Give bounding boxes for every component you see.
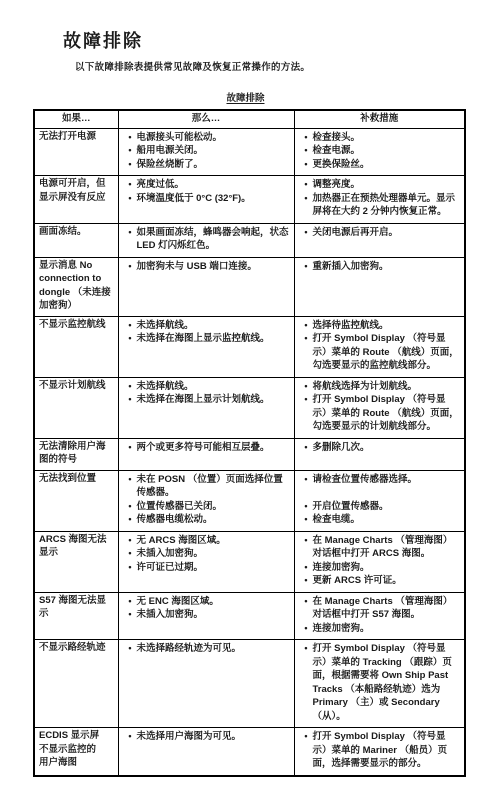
bullet-text: 未选择用户海图为可见。 (137, 730, 291, 744)
bullet-item: •保险丝烧断了。 (120, 158, 291, 172)
bullet-icon: • (300, 513, 313, 527)
bullet-text: 未选择在海图上显示计划航线。 (137, 393, 291, 407)
bullet-item: •未插入加密狗。 (120, 608, 291, 622)
bullet-item: •多删除几次。 (296, 441, 462, 455)
bullet-text: 电源接头可能松动。 (137, 131, 291, 145)
bullet-icon: • (124, 730, 137, 744)
troubleshooting-table: 如果… 那么… 补救措施 无法打开电源•电源接头可能松动。•船用电源关闭。•保险… (33, 109, 466, 777)
bullet-item: •船用电源关闭。 (120, 144, 291, 158)
remedy-cell: •调整亮度。•加热器正在预热处理器单元。显示屏将在大约 2 分钟内恢复正常。 (294, 176, 465, 224)
then-cell: •无 ENC 海图区域。•未插入加密狗。 (118, 592, 294, 640)
bullet-text: 开启位置传感器。 (313, 500, 462, 514)
table-row: 不显示监控航线•未选择航线。•未选择在海图上显示监控航线。•选择待监控航线。•打… (34, 316, 465, 377)
table-body: 无法打开电源•电源接头可能松动。•船用电源关闭。•保险丝烧断了。•检查接头。•检… (34, 128, 465, 776)
bullet-text: 检查接头。 (313, 131, 462, 145)
bullet-text: 连接加密狗。 (313, 622, 462, 636)
remedy-cell: •在 Manage Charts （管理海图）对话框中打开 S57 海图。•连接… (294, 592, 465, 640)
if-cell: 不显示路经轨迹 (34, 640, 118, 728)
table-caption: 故障排除 (0, 90, 491, 104)
remedy-cell: •将航线选择为计划航线。•打开 Symbol Display （符号显示）菜单的… (294, 377, 465, 438)
bullet-icon: • (300, 441, 313, 455)
table-row: 显示消息 No connection to dongle （未连接加密狗）•加密… (34, 257, 465, 316)
bullet-item: •连接加密狗。 (296, 622, 462, 636)
bullet-icon: • (124, 473, 137, 500)
bullet-text: 更换保险丝。 (313, 158, 462, 172)
bullet-item: •将航线选择为计划航线。 (296, 380, 462, 394)
page-title: 故障排除 (63, 27, 143, 53)
bullet-list: •如果画面冻结，蜂鸣器会响起，状态 LED 灯闪烁红色。 (120, 225, 293, 256)
bullet-icon: • (124, 513, 137, 527)
bullet-item: •亮度过低。 (120, 178, 291, 192)
bullet-icon: • (124, 158, 137, 172)
bullet-text: 关闭电源后再开启。 (313, 226, 462, 240)
bullet-text: 船用电源关闭。 (137, 144, 291, 158)
remedy-cell: •请检查位置传感器选择。•开启位置传感器。•检查电缆。 (294, 470, 465, 531)
remedy-cell: •选择待监控航线。•打开 Symbol Display （符号显示）菜单的 Ro… (294, 316, 465, 377)
then-cell: •如果画面冻结，蜂鸣器会响起，状态 LED 灯闪烁红色。 (118, 223, 294, 257)
bullet-icon: • (300, 574, 313, 588)
if-cell: 不显示监控航线 (34, 316, 118, 377)
bullet-item: •电源接头可能松动。 (120, 131, 291, 145)
bullet-list: •未选择路经轨迹为可见。 (120, 641, 293, 659)
bullet-text: 选择待监控航线。 (313, 319, 462, 333)
then-cell: •电源接头可能松动。•船用电源关闭。•保险丝烧断了。 (118, 128, 294, 176)
then-cell: •未选择用户海图为可见。 (118, 728, 294, 776)
bullet-text: 连接加密狗。 (313, 561, 462, 575)
bullet-text: 检查电缆。 (313, 513, 462, 527)
then-cell: •未选择航线。•未选择在海图上显示监控航线。 (118, 316, 294, 377)
bullet-item: •无 ENC 海图区域。 (120, 595, 291, 609)
bullet-icon: • (124, 441, 137, 455)
bullet-text: 加热器正在预热处理器单元。显示屏将在大约 2 分钟内恢复正常。 (313, 192, 462, 219)
col-header-if: 如果… (34, 110, 118, 128)
bullet-icon: • (124, 547, 137, 561)
bullet-list: •未选择航线。•未选择在海图上显示监控航线。 (120, 318, 293, 349)
bullet-icon: • (124, 393, 137, 407)
bullet-icon: • (124, 534, 137, 548)
bullet-item: •选择待监控航线。 (296, 319, 462, 333)
bullet-list: •请检查位置传感器选择。•开启位置传感器。•检查电缆。 (296, 472, 464, 530)
bullet-list: •将航线选择为计划航线。•打开 Symbol Display （符号显示）菜单的… (296, 379, 464, 437)
bullet-icon: • (124, 561, 137, 575)
bullet-item: •加密狗未与 USB 端口连接。 (120, 260, 291, 274)
bullet-icon: • (300, 260, 313, 274)
bullet-text: 打开 Symbol Display （符号显示）菜单的 Mariner （船员）… (313, 730, 462, 771)
if-cell: 电源可开启，但显示屏没有反应 (34, 176, 118, 224)
then-cell: •未选择航线。•未选择在海图上显示计划航线。 (118, 377, 294, 438)
bullet-item: •打开 Symbol Display （符号显示）菜单的 Route （航线）页… (296, 393, 462, 434)
remedy-cell: •打开 Symbol Display （符号显示）菜单的 Tracking （跟… (294, 640, 465, 728)
bullet-icon: • (300, 642, 313, 723)
bullet-icon: • (300, 158, 313, 172)
bullet-list: •检查接头。•检查电源。•更换保险丝。 (296, 130, 464, 175)
bullet-icon: • (124, 642, 137, 656)
bullet-text: 请检查位置传感器选择。 (313, 473, 462, 487)
bullet-text: 保险丝烧断了。 (137, 158, 291, 172)
bullet-list: •未选择用户海图为可见。 (120, 729, 293, 747)
bullet-text: 未选择路经轨迹为可见。 (137, 642, 291, 656)
if-cell: S57 海图无法显示 (34, 592, 118, 640)
table-row: 不显示计划航线•未选择航线。•未选择在海图上显示计划航线。•将航线选择为计划航线… (34, 377, 465, 438)
bullet-item: •请检查位置传感器选择。 (296, 473, 462, 487)
bullet-list: •在 Manage Charts （管理海图）对话框中打开 ARCS 海图。•连… (296, 533, 464, 591)
bullet-item: •检查电源。 (296, 144, 462, 158)
bullet-icon: • (124, 144, 137, 158)
bullet-item: •许可证已过期。 (120, 561, 291, 575)
then-cell: •加密狗未与 USB 端口连接。 (118, 257, 294, 316)
bullet-text: 位置传感器已关闭。 (137, 500, 291, 514)
document-page: 故障排除 以下故障排除表提供常见故障及恢复正常操作的方法。 故障排除 如果… 那… (0, 0, 491, 799)
bullet-icon: • (300, 595, 313, 622)
col-header-remedy: 补救措施 (294, 110, 465, 128)
bullet-item: •未插入加密狗。 (120, 547, 291, 561)
bullet-icon: • (300, 332, 313, 373)
bullet-text: 亮度过低。 (137, 178, 291, 192)
table-row: ARCS 海图无法显示•无 ARCS 海图区域。•未插入加密狗。•许可证已过期。… (34, 531, 465, 592)
if-cell: 不显示计划航线 (34, 377, 118, 438)
bullet-item: •调整亮度。 (296, 178, 462, 192)
bullet-list: •关闭电源后再开启。 (296, 225, 464, 243)
bullet-text: 环境温度低于 0°C (32°F)。 (137, 192, 291, 206)
bullet-list: •电源接头可能松动。•船用电源关闭。•保险丝烧断了。 (120, 130, 293, 175)
if-cell: 无法找到位置 (34, 470, 118, 531)
bullet-list: •打开 Symbol Display （符号显示）菜单的 Tracking （跟… (296, 641, 464, 726)
bullet-text: 检查电源。 (313, 144, 462, 158)
bullet-text: 多删除几次。 (313, 441, 462, 455)
bullet-spacer (296, 486, 462, 500)
bullet-item: •更新 ARCS 许可证。 (296, 574, 462, 588)
bullet-list: •加密狗未与 USB 端口连接。 (120, 259, 293, 277)
table-row: 无法清除用户海图的符号•两个或更多符号可能相互层叠。•多删除几次。 (34, 438, 465, 470)
bullet-text: 打开 Symbol Display （符号显示）菜单的 Route （航线）页面… (313, 332, 462, 373)
bullet-icon: • (300, 473, 313, 487)
bullet-list: •调整亮度。•加热器正在预热处理器单元。显示屏将在大约 2 分钟内恢复正常。 (296, 177, 464, 222)
then-cell: •未在 POSN （位置）页面选择位置传感器。•位置传感器已关闭。•传感器电缆松… (118, 470, 294, 531)
bullet-text: 无 ARCS 海图区域。 (137, 534, 291, 548)
bullet-item: •更换保险丝。 (296, 158, 462, 172)
bullet-item: •加热器正在预热处理器单元。显示屏将在大约 2 分钟内恢复正常。 (296, 192, 462, 219)
bullet-icon: • (124, 178, 137, 192)
bullet-text: 打开 Symbol Display （符号显示）菜单的 Tracking （跟踪… (313, 642, 462, 723)
if-cell: ARCS 海图无法显示 (34, 531, 118, 592)
remedy-cell: •打开 Symbol Display （符号显示）菜单的 Mariner （船员… (294, 728, 465, 776)
bullet-item: •未选择在海图上显示计划航线。 (120, 393, 291, 407)
bullet-item: •在 Manage Charts （管理海图）对话框中打开 ARCS 海图。 (296, 534, 462, 561)
page-subtitle: 以下故障排除表提供常见故障及恢复正常操作的方法。 (75, 59, 310, 73)
bullet-list: •重新插入加密狗。 (296, 259, 464, 277)
bullet-icon: • (300, 534, 313, 561)
bullet-list: •两个或更多符号可能相互层叠。 (120, 440, 293, 458)
bullet-text: 加密狗未与 USB 端口连接。 (137, 260, 291, 274)
bullet-list: •无 ARCS 海图区域。•未插入加密狗。•许可证已过期。 (120, 533, 293, 578)
bullet-list: •无 ENC 海图区域。•未插入加密狗。 (120, 594, 293, 625)
if-cell: 无法打开电源 (34, 128, 118, 176)
bullet-icon: • (300, 178, 313, 192)
bullet-icon: • (300, 131, 313, 145)
bullet-item: •关闭电源后再开启。 (296, 226, 462, 240)
bullet-item: •打开 Symbol Display （符号显示）菜单的 Tracking （跟… (296, 642, 462, 723)
bullet-item: •无 ARCS 海图区域。 (120, 534, 291, 548)
then-cell: •未选择路经轨迹为可见。 (118, 640, 294, 728)
remedy-cell: •重新插入加密狗。 (294, 257, 465, 316)
bullet-text: 未在 POSN （位置）页面选择位置传感器。 (137, 473, 291, 500)
bullet-text: 重新插入加密狗。 (313, 260, 462, 274)
remedy-cell: •多删除几次。 (294, 438, 465, 470)
bullet-item: •在 Manage Charts （管理海图）对话框中打开 S57 海图。 (296, 595, 462, 622)
bullet-text: 许可证已过期。 (137, 561, 291, 575)
bullet-icon: • (124, 595, 137, 609)
bullet-item: •未在 POSN （位置）页面选择位置传感器。 (120, 473, 291, 500)
bullet-icon: • (300, 561, 313, 575)
bullet-item: •打开 Symbol Display （符号显示）菜单的 Mariner （船员… (296, 730, 462, 771)
bullet-icon: • (300, 192, 313, 219)
bullet-text: 未选择航线。 (137, 319, 291, 333)
bullet-text: 在 Manage Charts （管理海图）对话框中打开 ARCS 海图。 (313, 534, 462, 561)
bullet-text: 无 ENC 海图区域。 (137, 595, 291, 609)
bullet-text: 调整亮度。 (313, 178, 462, 192)
bullet-list: •未选择航线。•未选择在海图上显示计划航线。 (120, 379, 293, 410)
bullet-text: 打开 Symbol Display （符号显示）菜单的 Route （航线）页面… (313, 393, 462, 434)
bullet-item: •开启位置传感器。 (296, 500, 462, 514)
bullet-text: 如果画面冻结，蜂鸣器会响起，状态 LED 灯闪烁红色。 (137, 226, 291, 253)
bullet-item: •两个或更多符号可能相互层叠。 (120, 441, 291, 455)
table-header-row: 如果… 那么… 补救措施 (34, 110, 465, 128)
bullet-icon: • (300, 319, 313, 333)
bullet-icon: • (124, 332, 137, 346)
bullet-text: 将航线选择为计划航线。 (313, 380, 462, 394)
bullet-icon: • (124, 226, 137, 253)
table-row: 不显示路经轨迹•未选择路经轨迹为可见。•打开 Symbol Display （符… (34, 640, 465, 728)
bullet-item: •检查接头。 (296, 131, 462, 145)
bullet-item: •未选择航线。 (120, 319, 291, 333)
bullet-list: •在 Manage Charts （管理海图）对话框中打开 S57 海图。•连接… (296, 594, 464, 639)
bullet-list: •未在 POSN （位置）页面选择位置传感器。•位置传感器已关闭。•传感器电缆松… (120, 472, 293, 530)
bullet-item: •连接加密狗。 (296, 561, 462, 575)
bullet-text: 未插入加密狗。 (137, 547, 291, 561)
remedy-cell: •在 Manage Charts （管理海图）对话框中打开 ARCS 海图。•连… (294, 531, 465, 592)
bullet-text: 未选择在海图上显示监控航线。 (137, 332, 291, 346)
bullet-icon: • (300, 226, 313, 240)
bullet-item: •未选择路经轨迹为可见。 (120, 642, 291, 656)
bullet-item: •传感器电缆松动。 (120, 513, 291, 527)
bullet-icon: • (124, 500, 137, 514)
bullet-text: 传感器电缆松动。 (137, 513, 291, 527)
bullet-icon: • (300, 380, 313, 394)
bullet-icon: • (300, 500, 313, 514)
bullet-item: •位置传感器已关闭。 (120, 500, 291, 514)
table-caption-text: 故障排除 (226, 93, 264, 104)
if-cell: 显示消息 No connection to dongle （未连接加密狗） (34, 257, 118, 316)
table-row: 电源可开启，但显示屏没有反应•亮度过低。•环境温度低于 0°C (32°F)。•… (34, 176, 465, 224)
bullet-icon: • (124, 260, 137, 274)
table-row: S57 海图无法显示•无 ENC 海图区域。•未插入加密狗。•在 Manage … (34, 592, 465, 640)
bullet-icon: • (300, 622, 313, 636)
if-cell: 画面冻结。 (34, 223, 118, 257)
then-cell: •两个或更多符号可能相互层叠。 (118, 438, 294, 470)
remedy-cell: •关闭电源后再开启。 (294, 223, 465, 257)
bullet-icon: • (300, 730, 313, 771)
bullet-icon: • (124, 131, 137, 145)
col-header-then: 那么… (118, 110, 294, 128)
remedy-cell: •检查接头。•检查电源。•更换保险丝。 (294, 128, 465, 176)
bullet-list: •亮度过低。•环境温度低于 0°C (32°F)。 (120, 177, 293, 208)
table-row: 无法找到位置•未在 POSN （位置）页面选择位置传感器。•位置传感器已关闭。•… (34, 470, 465, 531)
bullet-icon: • (124, 608, 137, 622)
bullet-icon: • (124, 319, 137, 333)
then-cell: •无 ARCS 海图区域。•未插入加密狗。•许可证已过期。 (118, 531, 294, 592)
if-cell: ECDIS 显示屏 不显示监控的 用户海图 (34, 728, 118, 776)
bullet-item: •环境温度低于 0°C (32°F)。 (120, 192, 291, 206)
bullet-item: •打开 Symbol Display （符号显示）菜单的 Route （航线）页… (296, 332, 462, 373)
bullet-item: •重新插入加密狗。 (296, 260, 462, 274)
table-row: ECDIS 显示屏 不显示监控的 用户海图•未选择用户海图为可见。•打开 Sym… (34, 728, 465, 776)
bullet-item: •检查电缆。 (296, 513, 462, 527)
bullet-list: •选择待监控航线。•打开 Symbol Display （符号显示）菜单的 Ro… (296, 318, 464, 376)
bullet-item: •未选择航线。 (120, 380, 291, 394)
bullet-text: 更新 ARCS 许可证。 (313, 574, 462, 588)
bullet-item: •未选择在海图上显示监控航线。 (120, 332, 291, 346)
then-cell: •亮度过低。•环境温度低于 0°C (32°F)。 (118, 176, 294, 224)
bullet-item: •如果画面冻结，蜂鸣器会响起，状态 LED 灯闪烁红色。 (120, 226, 291, 253)
bullet-text: 未插入加密狗。 (137, 608, 291, 622)
bullet-icon: • (124, 192, 137, 206)
bullet-icon: • (300, 144, 313, 158)
bullet-icon: • (300, 393, 313, 434)
table-row: 画面冻结。•如果画面冻结，蜂鸣器会响起，状态 LED 灯闪烁红色。•关闭电源后再… (34, 223, 465, 257)
bullet-text: 两个或更多符号可能相互层叠。 (137, 441, 291, 455)
bullet-list: •多删除几次。 (296, 440, 464, 458)
bullet-icon: • (124, 380, 137, 394)
bullet-list: •打开 Symbol Display （符号显示）菜单的 Mariner （船员… (296, 729, 464, 774)
bullet-text: 未选择航线。 (137, 380, 291, 394)
bullet-item: •未选择用户海图为可见。 (120, 730, 291, 744)
if-cell: 无法清除用户海图的符号 (34, 438, 118, 470)
table-row: 无法打开电源•电源接头可能松动。•船用电源关闭。•保险丝烧断了。•检查接头。•检… (34, 128, 465, 176)
bullet-text: 在 Manage Charts （管理海图）对话框中打开 S57 海图。 (313, 595, 462, 622)
